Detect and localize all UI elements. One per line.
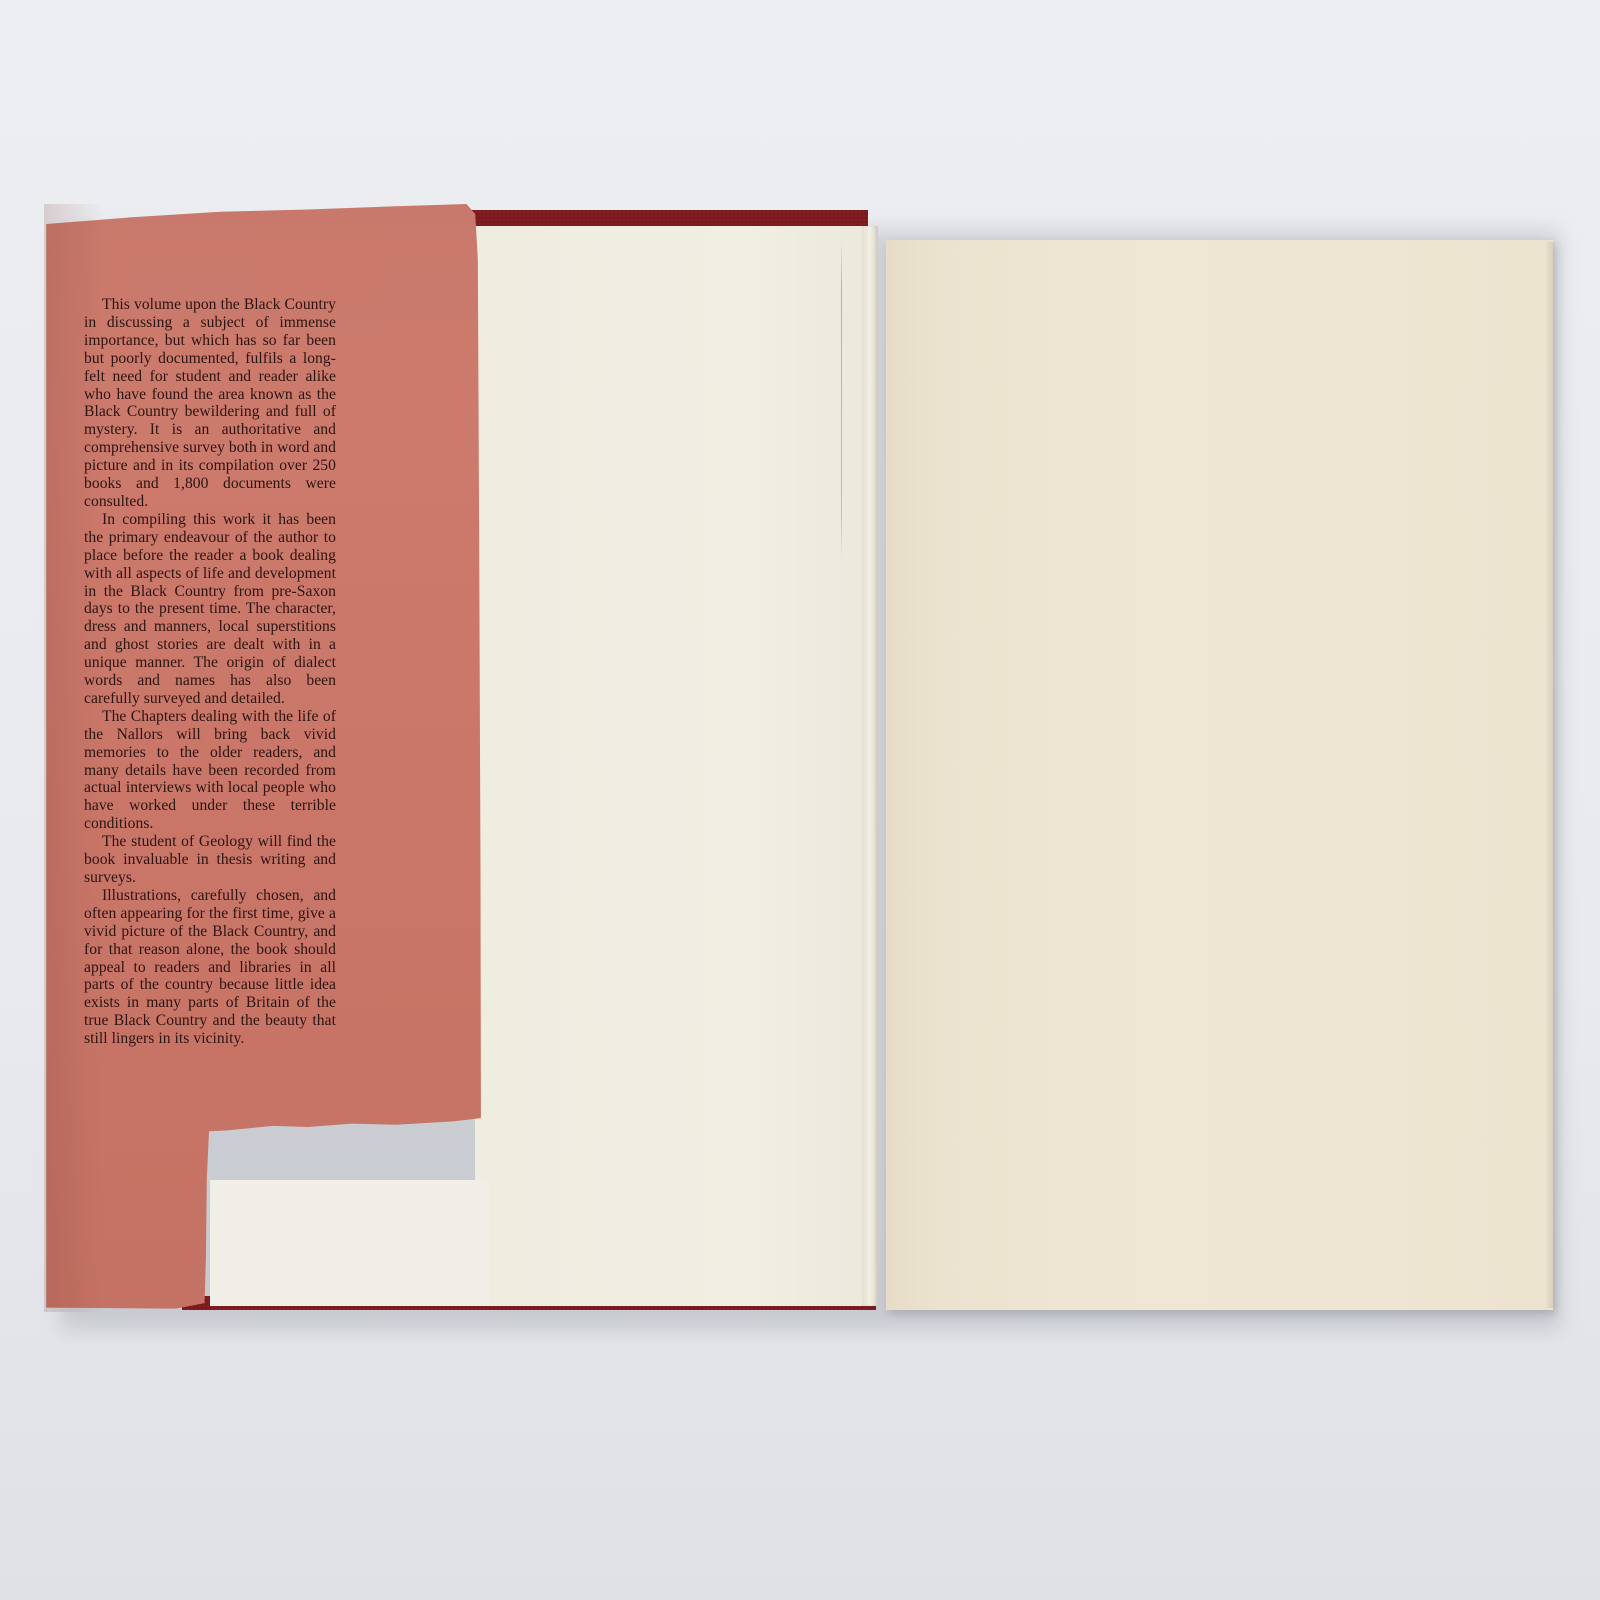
free-endpaper-page[interactable]	[886, 240, 1553, 1310]
page-block-edge	[1546, 242, 1553, 1308]
blurb-paragraph: In compiling this work it has been the p…	[84, 511, 336, 708]
hinge-crack	[841, 240, 842, 560]
front-pastedown-lower	[210, 1180, 490, 1306]
jacket-blurb: This volume upon the Black Country in di…	[84, 296, 336, 1048]
book-hinge	[862, 226, 878, 1306]
front-pastedown	[475, 226, 869, 1306]
blurb-paragraph: The Chapters dealing with the life of th…	[84, 708, 336, 833]
blurb-paragraph: Illustrations, carefully chosen, and oft…	[84, 887, 336, 1048]
blurb-paragraph: The student of Geology will find the boo…	[84, 833, 336, 887]
blurb-paragraph: This volume upon the Black Country in di…	[84, 296, 336, 511]
